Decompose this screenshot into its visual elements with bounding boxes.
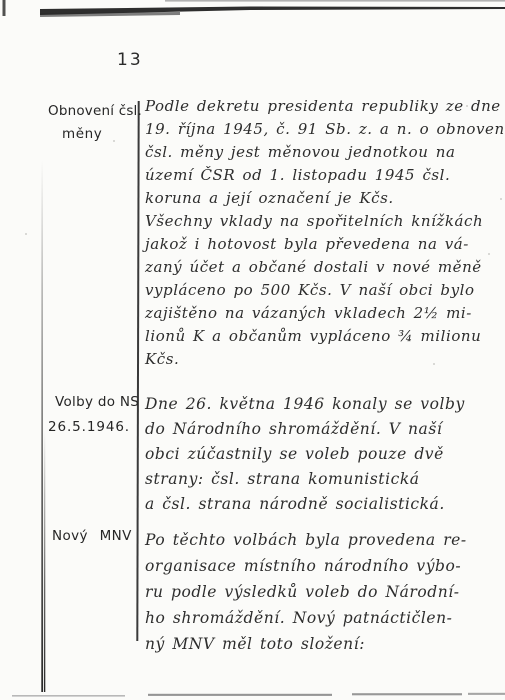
handwriting-line: do Národního shromáždění. V naší bbox=[145, 417, 487, 442]
margin-rule bbox=[136, 101, 139, 641]
binding-line-outer bbox=[41, 160, 43, 692]
scan-edge-top-shadow bbox=[40, 12, 180, 17]
handwriting-line: 19. října 1945, č. 91 Sb. z. a n. o obno… bbox=[145, 118, 487, 141]
margin-heading-line: měny bbox=[62, 126, 102, 142]
paper-speck bbox=[25, 233, 27, 235]
section-body: Po těchto volbách byla provedena re-orga… bbox=[145, 527, 487, 657]
handwriting-line: Kčs. bbox=[145, 348, 487, 371]
handwriting-line: území ČSR od 1. listopadu 1945 čsl. bbox=[145, 164, 487, 187]
margin-heading-line: Volby do NS bbox=[55, 394, 139, 410]
handwriting-line: čsl. měny jest měnovou jednotkou na bbox=[145, 141, 487, 164]
handwriting-line: Všechny vklady na spořitelních knížkách bbox=[145, 210, 487, 233]
handwriting-line: organisace místního národního výbo- bbox=[145, 553, 487, 579]
scan-edge-bottom-1 bbox=[12, 695, 125, 697]
handwriting-line: lionů K a občanům vypláceno ¾ milionu bbox=[145, 325, 487, 348]
handwriting-line: vypláceno po 500 Kčs. V naší obci bylo bbox=[145, 279, 487, 302]
handwriting-line: zaný účet a občané dostali v nové měně bbox=[145, 256, 487, 279]
scan-edge-top-hairline bbox=[165, 0, 505, 2]
handwriting-line: obci zúčastnily se voleb pouze dvě bbox=[145, 442, 487, 467]
handwriting-line: strany: čsl. strana komunistická bbox=[145, 467, 487, 492]
margin-heading-line: Nový MNV bbox=[52, 528, 132, 544]
scan-edge-bottom-3 bbox=[352, 693, 462, 695]
handwriting-line: Podle dekretu presidenta republiky ze dn… bbox=[145, 95, 487, 118]
handwriting-line: zajištěno na vázaných vkladech 2½ mi- bbox=[145, 302, 487, 325]
paper-speck bbox=[488, 253, 490, 255]
handwriting-line: jakož i hotovost byla převedena na vá- bbox=[145, 233, 487, 256]
paper-speck bbox=[500, 198, 502, 200]
margin-heading-line: Obnovení čsl. bbox=[48, 103, 142, 119]
scan-edge-top bbox=[40, 7, 505, 16]
scan-edge-bottom-2 bbox=[148, 694, 332, 696]
scan-edge-bottom-4 bbox=[468, 693, 505, 695]
paper-speck bbox=[113, 140, 115, 142]
handwriting-line: ný MNV měl toto složení: bbox=[145, 631, 487, 657]
handwriting-line: a čsl. strana národně socialistická. bbox=[145, 492, 487, 517]
handwriting-line: ho shromáždění. Nový patnáctičlen- bbox=[145, 605, 487, 631]
handwriting-line: ru podle výsledků voleb do Národní- bbox=[145, 579, 487, 605]
handwriting-line: Dne 26. května 1946 konaly se volby bbox=[145, 392, 487, 417]
binding-line-inner bbox=[44, 430, 45, 692]
handwriting-line: Po těchto volbách byla provedena re- bbox=[145, 527, 487, 553]
corner-mark bbox=[3, 0, 6, 16]
margin-heading-line: 26.5.1946. bbox=[48, 419, 130, 435]
page-number: 13 bbox=[117, 50, 143, 70]
handwriting-line: koruna a její označení je Kčs. bbox=[145, 187, 487, 210]
section-body: Podle dekretu presidenta republiky ze dn… bbox=[145, 95, 487, 371]
chronicle-page: 13 Obnovení čsl.měnyPodle dekretu presid… bbox=[0, 0, 505, 700]
section-body: Dne 26. května 1946 konaly se volbydo Ná… bbox=[145, 392, 487, 517]
